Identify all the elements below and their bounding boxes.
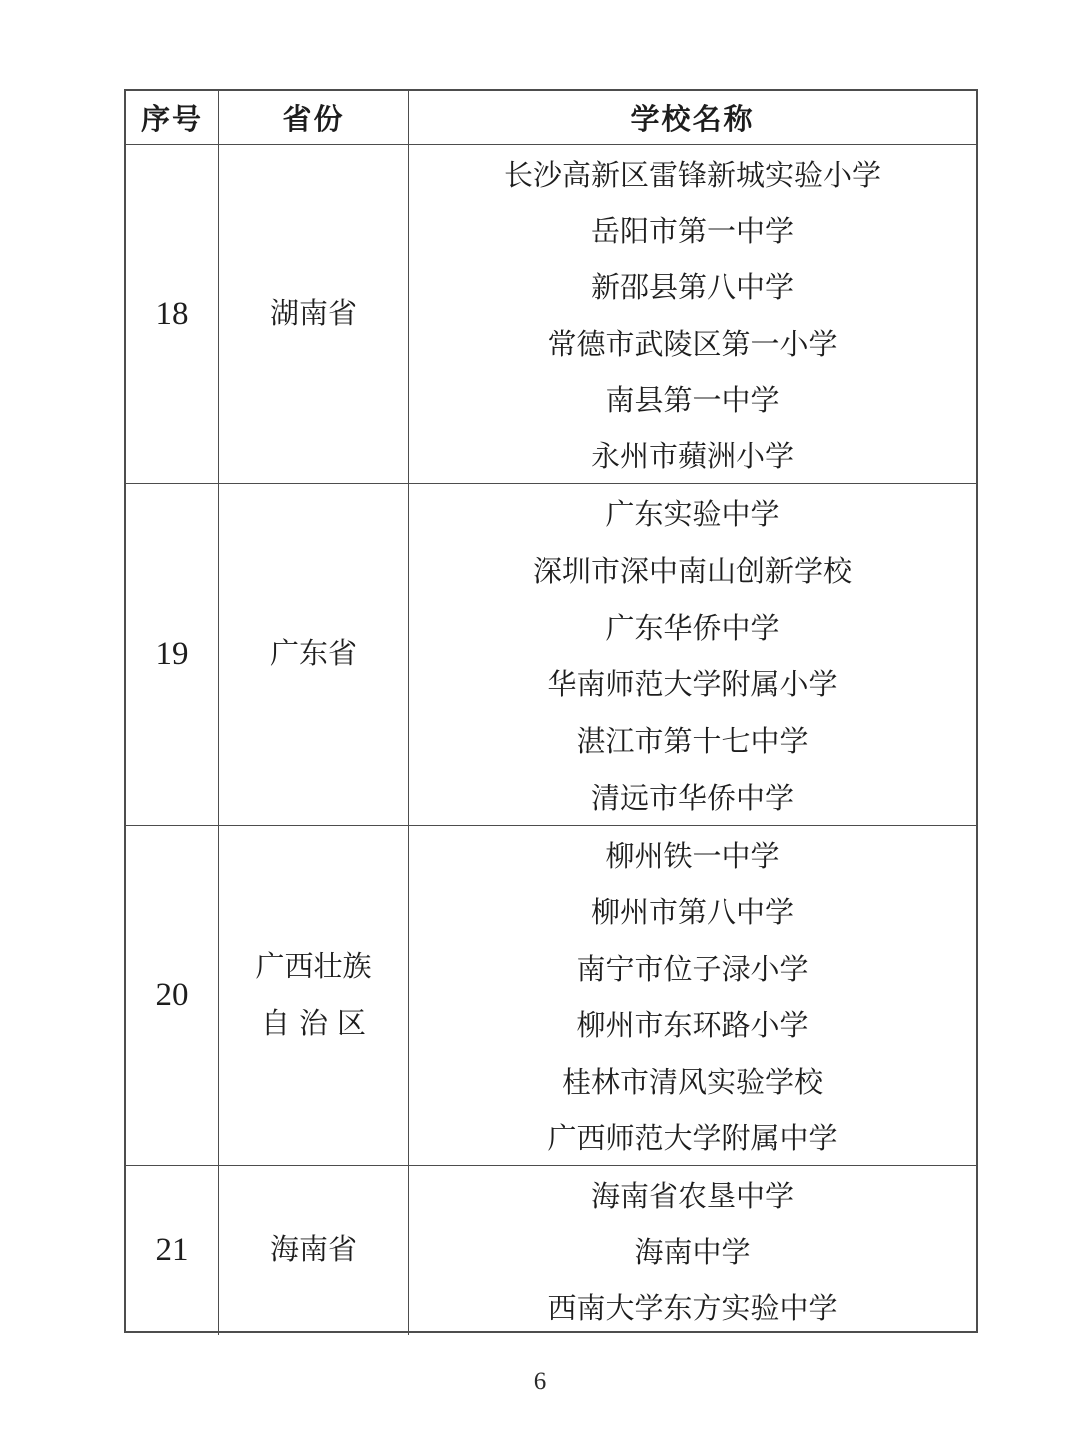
header-serial-number: 序号: [126, 91, 219, 144]
school-name: 华南师范大学附属小学: [409, 655, 976, 712]
school-name: 永州市蘋洲小学: [409, 427, 976, 483]
school-name: 海南中学: [409, 1222, 976, 1278]
school-list-cell: 海南省农垦中学 海南中学 西南大学东方实验中学: [409, 1166, 976, 1335]
school-name: 广西师范大学附属中学: [409, 1109, 976, 1166]
school-name: 南宁市位子渌小学: [409, 939, 976, 996]
table-header-row: 序号 省份 学校名称: [126, 91, 976, 144]
school-list-cell: 柳州铁一中学 柳州市第八中学 南宁市位子渌小学 柳州市东环路小学 桂林市清风实验…: [409, 826, 976, 1165]
school-name: 西南大学东方实验中学: [409, 1279, 976, 1335]
school-name: 南县第一中学: [409, 370, 976, 426]
province-name: 广东省: [270, 626, 357, 683]
table-row: 19 广东省 广东实验中学 深圳市深中南山创新学校 广东华侨中学 华南师范大学附…: [126, 483, 976, 825]
school-name: 海南省农垦中学: [409, 1166, 976, 1222]
header-province: 省份: [219, 91, 409, 144]
province-cell: 湖南省: [219, 145, 409, 483]
school-name: 广东实验中学: [409, 484, 976, 541]
school-name: 柳州市东环路小学: [409, 996, 976, 1053]
school-name: 桂林市清风实验学校: [409, 1052, 976, 1109]
province-cell: 海南省: [219, 1166, 409, 1335]
province-name: 海南省: [270, 1222, 357, 1279]
table-row: 18 湖南省 长沙高新区雷锋新城实验小学 岳阳市第一中学 新邵县第八中学 常德市…: [126, 144, 976, 483]
table-row: 21 海南省 海南省农垦中学 海南中学 西南大学东方实验中学: [126, 1165, 976, 1335]
province-name-line2: 自治区: [261, 996, 375, 1053]
school-name: 岳阳市第一中学: [409, 201, 976, 257]
province-cell: 广东省: [219, 484, 409, 825]
serial-number: 18: [126, 145, 219, 483]
school-list-cell: 长沙高新区雷锋新城实验小学 岳阳市第一中学 新邵县第八中学 常德市武陵区第一小学…: [409, 145, 976, 483]
school-name: 柳州市第八中学: [409, 883, 976, 940]
province-name: 湖南省: [270, 286, 357, 343]
school-name: 常德市武陵区第一小学: [409, 314, 976, 370]
school-name: 柳州铁一中学: [409, 826, 976, 883]
table-row: 20 广西壮族 自治区 柳州铁一中学 柳州市第八中学 南宁市位子渌小学 柳州市东…: [126, 825, 976, 1165]
serial-number: 19: [126, 484, 219, 825]
document-page: 序号 省份 学校名称 18 湖南省 长沙高新区雷锋新城实验小学 岳阳市第一中学 …: [0, 0, 1080, 1441]
province-cell: 广西壮族 自治区: [219, 826, 409, 1165]
page-number: 6: [0, 1368, 1080, 1396]
serial-number: 21: [126, 1166, 219, 1335]
header-school-name: 学校名称: [409, 91, 976, 144]
school-name: 湛江市第十七中学: [409, 711, 976, 768]
school-name: 长沙高新区雷锋新城实验小学: [409, 145, 976, 201]
school-list-cell: 广东实验中学 深圳市深中南山创新学校 广东华侨中学 华南师范大学附属小学 湛江市…: [409, 484, 976, 825]
serial-number: 20: [126, 826, 219, 1165]
school-name: 清远市华侨中学: [409, 768, 976, 825]
school-name: 广东华侨中学: [409, 598, 976, 655]
school-list-table: 序号 省份 学校名称 18 湖南省 长沙高新区雷锋新城实验小学 岳阳市第一中学 …: [124, 89, 978, 1333]
province-name: 广西壮族: [255, 939, 371, 996]
school-name: 深圳市深中南山创新学校: [409, 541, 976, 598]
school-name: 新邵县第八中学: [409, 258, 976, 314]
